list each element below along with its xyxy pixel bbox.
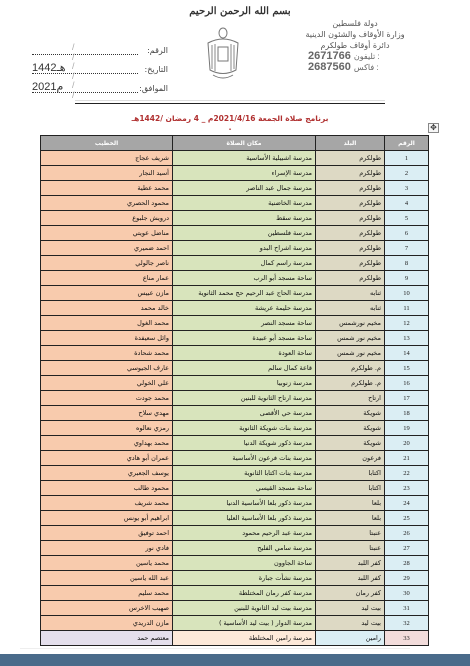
row-number: 23: [385, 481, 429, 496]
row-khateeb: وائل سعيفدة: [41, 331, 173, 346]
row-khateeb: ناصر جالولي: [41, 256, 173, 271]
table-row: 25بلعامدرسة ذكور بلعا الأساسية العلياابر…: [41, 511, 429, 526]
row-khateeb: رمزي نعالوه: [41, 421, 173, 436]
row-khateeb: أسيد النجار: [41, 166, 173, 181]
row-town: طولكرم: [316, 271, 385, 286]
table-row: 33رامينمدرسة رامين المختلطةمعتصم حمد: [41, 631, 429, 646]
row-place: مدرسة اشراح البدو: [173, 241, 316, 256]
row-place: ساحة مسجد النصر: [173, 316, 316, 331]
row-khateeb: ابراهيم أبو يونس: [41, 511, 173, 526]
row-town: طولكرم: [316, 211, 385, 226]
row-place: مدرسة ذكور بلعا الأساسية الدنيا: [173, 496, 316, 511]
table-row: 1طولكرممدرسة اشبيلية الأساسيةشريف عجاج: [41, 151, 429, 166]
row-khateeb: محمد بهداوي: [41, 436, 173, 451]
row-place: مدرسة زنوبيا: [173, 376, 316, 391]
row-place: مدرسة فلسطين: [173, 226, 316, 241]
table-row: 9طولكرمساحة مسجد أبو الربعمار مناع: [41, 271, 429, 286]
row-khateeb: محمد جودت: [41, 391, 173, 406]
row-town: طولكرم: [316, 241, 385, 256]
row-number: 8: [385, 256, 429, 271]
row-place: قاعة كمال سالم: [173, 361, 316, 376]
row-place: مدرسة بنات اكتابا الثانوية: [173, 466, 316, 481]
row-number: 10: [385, 286, 429, 301]
row-khateeb: مازن عبيس: [41, 286, 173, 301]
row-number: 3: [385, 181, 429, 196]
row-number: 15: [385, 361, 429, 376]
row-town: طولكرم: [316, 256, 385, 271]
table-row: 23اكتاباساحة مسجد القيسيمحمود طالب: [41, 481, 429, 496]
ref-gregorian-label: الموافق:: [138, 84, 168, 93]
row-place: مدرسة رامين المختلطة: [173, 631, 316, 646]
state-name: دولة فلسطين: [280, 18, 430, 29]
page-bottom-edge: [20, 648, 410, 649]
move-icon[interactable]: ✥: [428, 123, 439, 133]
row-khateeb: درويش جلبوع: [41, 211, 173, 226]
table-row: 31بيت ليدمدرسة بيت ليد الثانوية للبنينصه…: [41, 601, 429, 616]
row-number: 28: [385, 556, 429, 571]
row-khateeb: محمد الغول: [41, 316, 173, 331]
row-place: مدرسة الدوار ( بيت ليد الأساسية ): [173, 616, 316, 631]
header-khateeb: الخطيب: [41, 136, 173, 151]
ref-date-field[interactable]: / /1442هـ: [32, 61, 138, 74]
row-khateeb: احمد ضميري: [41, 241, 173, 256]
row-place: مدرسة سقط: [173, 211, 316, 226]
organization-block: دولة فلسطين وزارة الأوقاف والشئون الديني…: [280, 18, 430, 73]
row-khateeb: عمار مناع: [41, 271, 173, 286]
row-town: كفر اللبد: [316, 571, 385, 586]
row-town: اكتابا: [316, 481, 385, 496]
row-khateeb: يوسف الجعبري: [41, 466, 173, 481]
table-row: 14مخيم نور شمسساحة العودةمحمد شحادة: [41, 346, 429, 361]
row-number: 14: [385, 346, 429, 361]
row-town: طولكرم: [316, 181, 385, 196]
row-number: 21: [385, 451, 429, 466]
row-number: 1: [385, 151, 429, 166]
row-khateeb: علي الخولي: [41, 376, 173, 391]
table-row: 6طولكرممدرسة فلسطينمناضل عويتي: [41, 226, 429, 241]
table-row: 24بلعامدرسة ذكور بلعا الأساسية الدنيامحم…: [41, 496, 429, 511]
row-place: ساحة العودة: [173, 346, 316, 361]
row-place: ساحة مسجد أبو عبيدة: [173, 331, 316, 346]
row-place: مدرسة الخاضنية: [173, 196, 316, 211]
row-number: 16: [385, 376, 429, 391]
header-num: الرقم: [385, 136, 429, 151]
row-place: مدرسة كفر رمان المختلطة: [173, 586, 316, 601]
row-town: فرعون: [316, 451, 385, 466]
row-town: مخيم نورشمس: [316, 316, 385, 331]
row-town: كفر اللبد: [316, 556, 385, 571]
row-khateeb: احمد توفيق: [41, 526, 173, 541]
row-khateeb: عمران أبو هادي: [41, 451, 173, 466]
table-row: 19شويكةمدرسة بنات شويكة الثانويةرمزي نعا…: [41, 421, 429, 436]
row-number: 18: [385, 406, 429, 421]
row-khateeb: شريف عجاج: [41, 151, 173, 166]
table-row: 3طولكرممدرسة جمال عبد الناصرمحمد عطية: [41, 181, 429, 196]
friday-prayer-schedule-table: الرقم البلد مكان الصلاة الخطيب 1طولكرممد…: [40, 135, 429, 646]
row-khateeb: خالد محمد: [41, 301, 173, 316]
row-khateeb: صهيب الاخرس: [41, 601, 173, 616]
row-place: ساحة مسجد أبو الرب: [173, 271, 316, 286]
table-row: 15م. طولكرمقاعة كمال سالمعارف الجيوسي: [41, 361, 429, 376]
row-place: مدرسة حليمة عريشة: [173, 301, 316, 316]
table-row: 30كفر رمانمدرسة كفر رمان المختلطةمحمد سل…: [41, 586, 429, 601]
row-town: بيت ليد: [316, 616, 385, 631]
row-khateeb: معتصم حمد: [41, 631, 173, 646]
row-khateeb: محمد عطية: [41, 181, 173, 196]
table-row: 12مخيم نورشمسساحة مسجد النصرمحمد الغول: [41, 316, 429, 331]
row-number: 19: [385, 421, 429, 436]
table-row: 13مخيم نور شمسساحة مسجد أبو عبيدةوائل سع…: [41, 331, 429, 346]
row-number: 32: [385, 616, 429, 631]
program-title: برنامج صلاة الجمعة 2021/4/16م _ 4 رمضان …: [130, 114, 330, 132]
row-town: م. طولكرم: [316, 376, 385, 391]
table-row: 29كفر اللبدمدرسة نشأت جبارةعبد الله ياسي…: [41, 571, 429, 586]
row-number: 5: [385, 211, 429, 226]
row-number: 22: [385, 466, 429, 481]
row-number: 24: [385, 496, 429, 511]
row-number: 6: [385, 226, 429, 241]
row-place: مدرسة بنات شويكة الثانوية: [173, 421, 316, 436]
table-row: 8طولكرممدرسة راسم كمالناصر جالولي: [41, 256, 429, 271]
row-number: 30: [385, 586, 429, 601]
row-number: 4: [385, 196, 429, 211]
row-number: 25: [385, 511, 429, 526]
row-place: مدرسة حي الأقصى: [173, 406, 316, 421]
row-khateeb: مهدي سلاح: [41, 406, 173, 421]
table-row: 26عنبتامدرسة عبد الرحيم محموداحمد توفيق: [41, 526, 429, 541]
row-town: مخيم نور شمس: [316, 346, 385, 361]
row-town: طولكرم: [316, 226, 385, 241]
row-khateeb: عارف الجيوسي: [41, 361, 173, 376]
row-town: بلعا: [316, 511, 385, 526]
row-town: رامين: [316, 631, 385, 646]
window-bottom-bar: [0, 654, 470, 666]
table-row: 2طولكرممدرسة الإسراءأسيد النجار: [41, 166, 429, 181]
row-khateeb: محمد شحادة: [41, 346, 173, 361]
row-number: 13: [385, 331, 429, 346]
row-town: طولكرم: [316, 166, 385, 181]
row-place: مدرسة نشأت جبارة: [173, 571, 316, 586]
row-place: مدرسة بنات فرعون الأساسية: [173, 451, 316, 466]
row-place: ساحة مسجد القيسي: [173, 481, 316, 496]
row-place: مدرسة سامي الفليح: [173, 541, 316, 556]
row-place: مدرسة عبد الرحيم محمود: [173, 526, 316, 541]
row-number: 20: [385, 436, 429, 451]
header-divider: [75, 103, 385, 104]
row-khateeb: محمود الحصري: [41, 196, 173, 211]
row-number: 2: [385, 166, 429, 181]
table-row: 5طولكرممدرسة سقطدرويش جلبوع: [41, 211, 429, 226]
row-town: شويكة: [316, 436, 385, 451]
ministry-name: وزارة الأوقاف والشئون الدينية: [280, 29, 430, 40]
directorate-name: دائرة أوقاف طولكرم: [280, 40, 430, 51]
row-place: مدرسة ذكور بلعا الأساسية العليا: [173, 511, 316, 526]
row-place: مدرسة راسم كمال: [173, 256, 316, 271]
row-khateeb: محمد شريف: [41, 496, 173, 511]
basmala-header: بسم الله الرحمن الرحيم: [160, 6, 320, 17]
row-khateeb: محمد سليم: [41, 586, 173, 601]
fax-label: فاكس :: [354, 63, 379, 72]
table-row: 10ثنابهمدرسة الحاج عبد الرحيم حج محمد ال…: [41, 286, 429, 301]
row-number: 29: [385, 571, 429, 586]
row-town: اكتابا: [316, 466, 385, 481]
table-row: 20شويكةمدرسة ذكور شويكة الدنيامحمد بهداو…: [41, 436, 429, 451]
row-town: بلعا: [316, 496, 385, 511]
row-town: عنبتا: [316, 526, 385, 541]
row-number: 9: [385, 271, 429, 286]
row-number: 27: [385, 541, 429, 556]
table-row: 11ثنابهمدرسة حليمة عريشةخالد محمد: [41, 301, 429, 316]
row-place: ساحة الجاوون: [173, 556, 316, 571]
row-town: عنبتا: [316, 541, 385, 556]
row-place: مدرسة ذكور شويكة الدنيا: [173, 436, 316, 451]
table-row: 4طولكرممدرسة الخاضنيةمحمود الحصري: [41, 196, 429, 211]
table-row: 27عنبتامدرسة سامي الفليحفادي نور: [41, 541, 429, 556]
header-town: البلد: [316, 136, 385, 151]
row-town: كفر رمان: [316, 586, 385, 601]
row-town: م. طولكرم: [316, 361, 385, 376]
row-khateeb: عبد الله ياسين: [41, 571, 173, 586]
row-number: 12: [385, 316, 429, 331]
row-town: ثنابه: [316, 301, 385, 316]
table-row: 7طولكرممدرسة اشراح البدواحمد ضميري: [41, 241, 429, 256]
row-khateeb: مناضل عويتي: [41, 226, 173, 241]
row-number: 7: [385, 241, 429, 256]
row-town: طولكرم: [316, 196, 385, 211]
row-town: مخيم نور شمس: [316, 331, 385, 346]
row-place: مدرسة جمال عبد الناصر: [173, 181, 316, 196]
row-khateeb: مازن الدريدي: [41, 616, 173, 631]
row-town: شويكة: [316, 406, 385, 421]
ref-date-label: التاريخ:: [138, 65, 168, 74]
row-place: مدرسة الحاج عبد الرحيم حج محمد الثانوية: [173, 286, 316, 301]
row-place: مدرسة اشبيلية الأساسية: [173, 151, 316, 166]
table-row: 22اكتابامدرسة بنات اكتابا الثانويةيوسف ا…: [41, 466, 429, 481]
row-place: مدرسة ارتاح الثانوية للبنين: [173, 391, 316, 406]
row-number: 26: [385, 526, 429, 541]
fax-number: 2687560: [308, 61, 351, 73]
ref-gregorian-field[interactable]: / /2021م: [32, 80, 138, 93]
table-row: 21فرعونمدرسة بنات فرعون الأساسيةعمران أب…: [41, 451, 429, 466]
row-number: 33: [385, 631, 429, 646]
reference-fields: الرقم: / / التاريخ: / /1442هـ الموافق: /…: [28, 36, 168, 93]
row-number: 17: [385, 391, 429, 406]
palestine-emblem-icon: [203, 25, 243, 85]
row-town: شويكة: [316, 421, 385, 436]
row-khateeb: محمد ياسين: [41, 556, 173, 571]
row-khateeb: محمود طالب: [41, 481, 173, 496]
row-place: مدرسة بيت ليد الثانوية للبنين: [173, 601, 316, 616]
ref-number-row: الرقم: / /: [28, 36, 168, 55]
row-town: ارتاح: [316, 391, 385, 406]
table-row: 16م. طولكرممدرسة زنوبياعلي الخولي: [41, 376, 429, 391]
row-number: 31: [385, 601, 429, 616]
header-place: مكان الصلاة: [173, 136, 316, 151]
table-row: 17ارتاحمدرسة ارتاح الثانوية للبنينمحمد ج…: [41, 391, 429, 406]
row-town: بيت ليد: [316, 601, 385, 616]
table-row: 18شويكةمدرسة حي الأقصىمهدي سلاح: [41, 406, 429, 421]
row-town: ثنابه: [316, 286, 385, 301]
ref-number-field[interactable]: / /: [32, 42, 138, 55]
row-number: 11: [385, 301, 429, 316]
row-khateeb: فادي نور: [41, 541, 173, 556]
row-town: طولكرم: [316, 151, 385, 166]
table-row: 28كفر اللبدساحة الجاوونمحمد ياسين: [41, 556, 429, 571]
phone-line: 2671766 تليفون :: [280, 51, 430, 62]
table-header-row: الرقم البلد مكان الصلاة الخطيب: [41, 136, 429, 151]
table-row: 32بيت ليدمدرسة الدوار ( بيت ليد الأساسية…: [41, 616, 429, 631]
phone-label: تليفون :: [354, 52, 380, 61]
fax-line: 2687560 فاكس :: [280, 62, 430, 73]
ref-number-label: الرقم:: [138, 46, 168, 55]
row-place: مدرسة الإسراء: [173, 166, 316, 181]
header-divider-light: [75, 100, 385, 101]
